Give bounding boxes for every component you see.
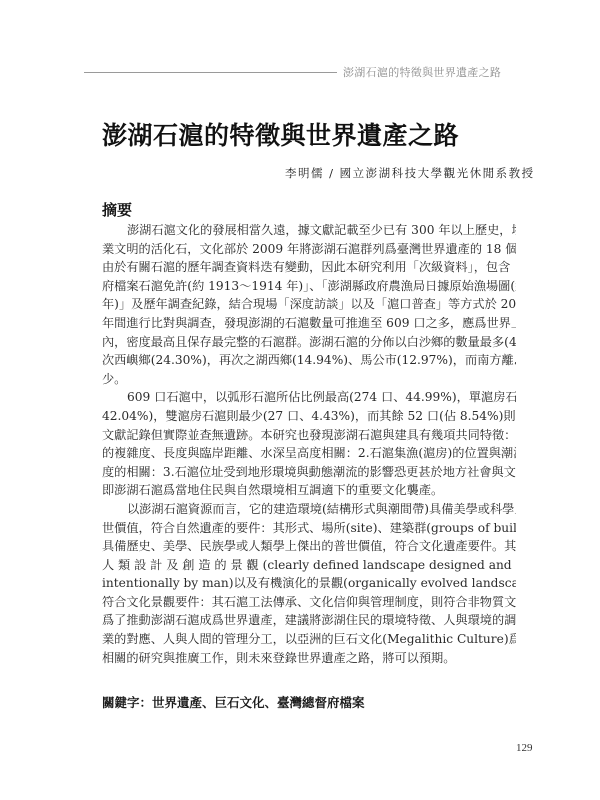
running-header: 澎湖石滬的特徵與世界遺產之路 xyxy=(84,62,534,82)
abstract-line: 人 類 設 計 及 創 造 的 景 觀 (clearly defined lan… xyxy=(102,556,516,575)
abstract-line: 42.04%)，雙滬房石滬則最少(27 口、4.43%)，而其餘 52 口(佔 … xyxy=(102,407,516,426)
abstract-line: 符合文化景觀要件：其石滬工法傳承、文化信仰與管理制度，則符合非物質文化遺產要件。 xyxy=(102,593,516,612)
abstract-line: 609 口石滬中，以弧形石滬所佔比例最高(274 口、44.99%)，單滬房石滬… xyxy=(102,388,516,407)
abstract-line: 內，密度最高且保存最完整的石滬群。澎湖石滬的分佈以白沙鄉的數量最多(46.47%… xyxy=(102,333,516,352)
abstract-line: 以澎湖石滬資源而言，它的建造環境(結構形式與潮間帶)具備美學或科學上的傑出普 xyxy=(102,500,516,519)
abstract-line: 業的對應、人與人間的管理分工，以亞洲的巨石文化(Megalithic Cultu… xyxy=(102,630,516,649)
abstract-line: 相關的研究與推廣工作，則未來登錄世界遺產之路，將可以預期。 xyxy=(102,649,516,668)
header-rule xyxy=(84,72,337,73)
abstract-line: 世價值，符合自然遺產的要件：其形式、場所(site)、建築群(groups of… xyxy=(102,519,516,538)
abstract-line: 即澎湖石滬爲當地住民與自然環境相互調適下的重要文化襲產。 xyxy=(102,481,516,500)
abstract-line: 澎湖石滬文化的發展相當久遠，據文獻記載至少已有 300 年以上歷史，堪稱爲人類漁 xyxy=(102,221,516,240)
abstract-line: 由於有關石滬的歷年調查資料迭有變動，因此本研究利用「次級資料」，包含「臺灣總督 xyxy=(102,258,516,277)
abstract-line: 具備歷史、美學、民族學或人類學上傑出的普世價值，符合文化遺產要件。其景觀也符合 xyxy=(102,537,516,556)
abstract-line: 府檔案石滬免許(約 1913～1914 年)」、「澎湖縣政府農漁局日據原始漁場圖… xyxy=(102,277,516,296)
author-affiliation: 李明儒 / 國立澎湖科技大學觀光休閒系教授 xyxy=(285,165,535,181)
article-title: 澎湖石滬的特徵與世界遺產之路 xyxy=(102,116,459,152)
running-header-text: 澎湖石滬的特徵與世界遺產之路 xyxy=(343,64,501,80)
abstract-line: 次西嶼鄉(24.30%)，再次之湖西鄉(14.94%)、馬公市(12.97%)，… xyxy=(102,351,516,370)
abstract-line: intentionally by man)以及有機演化的景觀(organical… xyxy=(102,574,516,593)
abstract-line: 爲了推動澎湖石滬成爲世界遺產，建議將澎湖住民的環境特徵、人與環境的調適、人與產 xyxy=(102,611,516,630)
abstract-body: 澎湖石滬文化的發展相當久遠，據文獻記載至少已有 300 年以上歷史，堪稱爲人類漁… xyxy=(102,221,516,667)
abstract-line: 度的相關：3.石滬位址受到地形環境與動態潮流的影響恐更甚於地方社會與文化因素，亦 xyxy=(102,463,516,482)
abstract-line: 少。 xyxy=(102,370,516,389)
keywords: 關鍵字：世界遺產、巨石文化、臺灣總督府檔案 xyxy=(102,693,365,711)
page-number: 129 xyxy=(516,742,533,754)
abstract-line: 年)」及歷年調查紀錄，結合現場「深度訪談」以及「滬口普查」等方式於 2005～2… xyxy=(102,295,516,314)
abstract-heading: 摘要 xyxy=(102,199,132,220)
abstract-line: 文獻記錄但實際並查無遺跡。本研究也發現澎湖石滬與建具有幾項共同特徵：1.石滬形式 xyxy=(102,426,516,445)
abstract-line: 的複雜度、長度與臨岸距離、水深呈高度相關：2.石滬集漁(滬房)的位置與潮流動態有… xyxy=(102,444,516,463)
abstract-line: 年間進行比對與調查，發現澎湖的石滬數量可推進至 609 口之多，應爲世界上單位面… xyxy=(102,314,516,333)
abstract-line: 業文明的活化石，文化部於 2009 年將澎湖石滬群列爲臺灣世界遺產的 18 個潛… xyxy=(102,240,516,259)
